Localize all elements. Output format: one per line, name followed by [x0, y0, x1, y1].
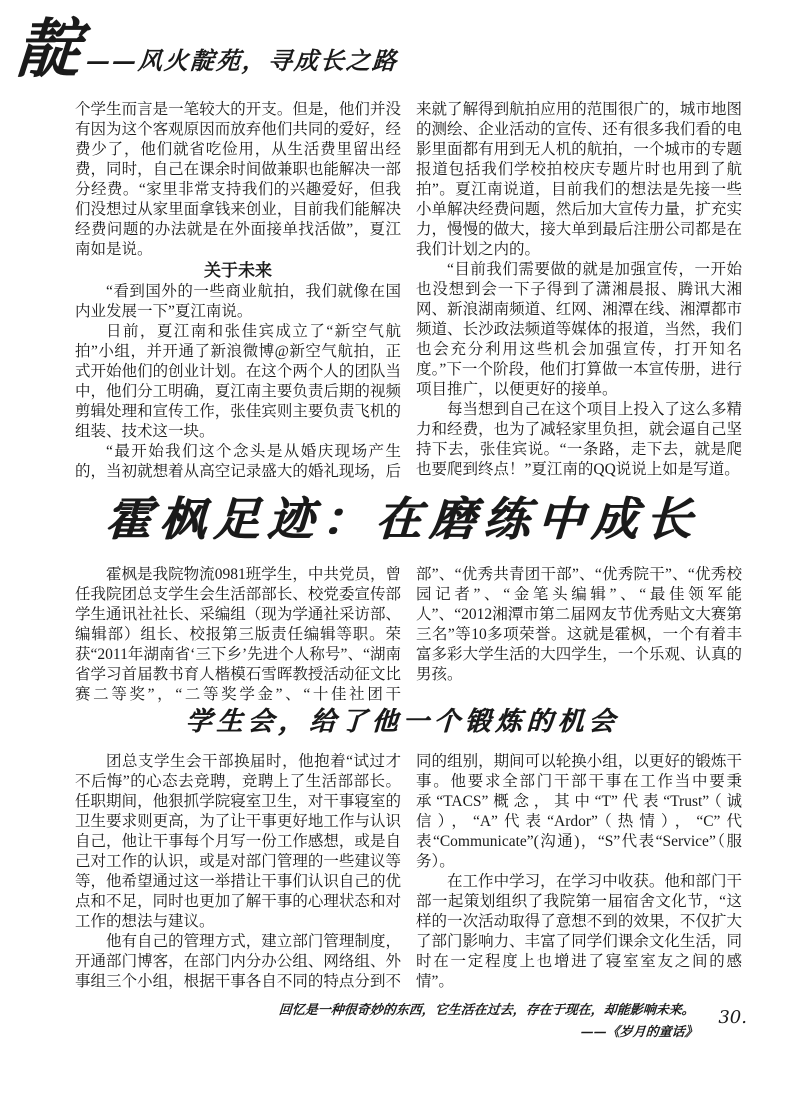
masthead-slogan: ——风火靛苑，寻成长之路 [85, 49, 399, 73]
article-2-paragraph: 团总支学生会干部换届时，他抱着“试过才不后悔”的心态去竞聘，竞聘上了生活部部长。… [75, 752, 401, 932]
footer-quote-attribution: ——《岁月的童话》 [277, 1024, 703, 1042]
article-1-paragraph: “看到国外的一些商业航拍，我们就像在国内业发展一下”夏江南说。 [75, 282, 401, 322]
section-title-about-future: 关于未来 [75, 260, 401, 282]
article-1-paragraph: 每当想到自己在这个项目上投入了这么多精力和经费，也为了减轻家里负担，就会逼自己坚… [416, 400, 742, 480]
page-number: 30. [718, 1008, 747, 1028]
magazine-page: 靛 ——风火靛苑，寻成长之路 个学生而言是一笔较大的开支。但是，他们并没有因为这… [0, 0, 805, 1100]
article-2-intro-paragraph: 霍枫是我院物流0981班学生，中共党员，曾任我院团总支学生会生活部部长、校党委宣… [75, 565, 742, 705]
article-2-body: 团总支学生会干部换届时，他抱着“试过才不后悔”的心态去竞聘，竞聘上了生活部部长。… [75, 752, 742, 997]
article-2-headline: 霍枫足迹：在磨练中成长 [0, 484, 805, 554]
footer-quote-block: 回忆是一种很奇妙的东西，它生活在过去，存在于现在，却能影响未来。 ——《岁月的童… [277, 1002, 704, 1042]
article-1-body: 个学生而言是一笔较大的开支。但是，他们并没有因为这个客观原因而放弃他们共同的爱好… [75, 100, 742, 485]
footer-quote: 回忆是一种很奇妙的东西，它生活在过去，存在于现在，却能影响未来。 [278, 1002, 704, 1020]
masthead-logo-character: 靛 [14, 20, 82, 81]
article-1-continuation-paragraph: 个学生而言是一笔较大的开支。但是，他们并没有因为这个客观原因而放弃他们共同的爱好… [75, 100, 401, 260]
article-2-paragraph: 在工作中学习，在学习中收获。他和部门干部一起策划组织了我院第一届宿舍文化节，“这… [416, 872, 742, 992]
page-footer: 回忆是一种很奇妙的东西，它生活在过去，存在于现在，却能影响未来。 ——《岁月的童… [75, 1002, 747, 1042]
article-1-byline: （文/霍枫、施怡） [757, 100, 805, 120]
article-2-subheadline: 学生会，给了他一个锻炼的机会 [0, 702, 805, 742]
article-2-intro: 霍枫是我院物流0981班学生，中共党员，曾任我院团总支学生会生活部部长、校党委宣… [75, 565, 742, 705]
article-1-paragraph: 日前，夏江南和张佳宾成立了“新空气航拍”小组，并开通了新浪微博@新空气航拍，正式… [75, 322, 401, 442]
article-1-paragraph: “目前我们需要做的就是加强宣传，一开始也没想到会一下子得到了潇湘晨报、腾讯大湘网… [416, 260, 742, 400]
masthead: 靛 ——风火靛苑，寻成长之路 [16, 20, 398, 81]
